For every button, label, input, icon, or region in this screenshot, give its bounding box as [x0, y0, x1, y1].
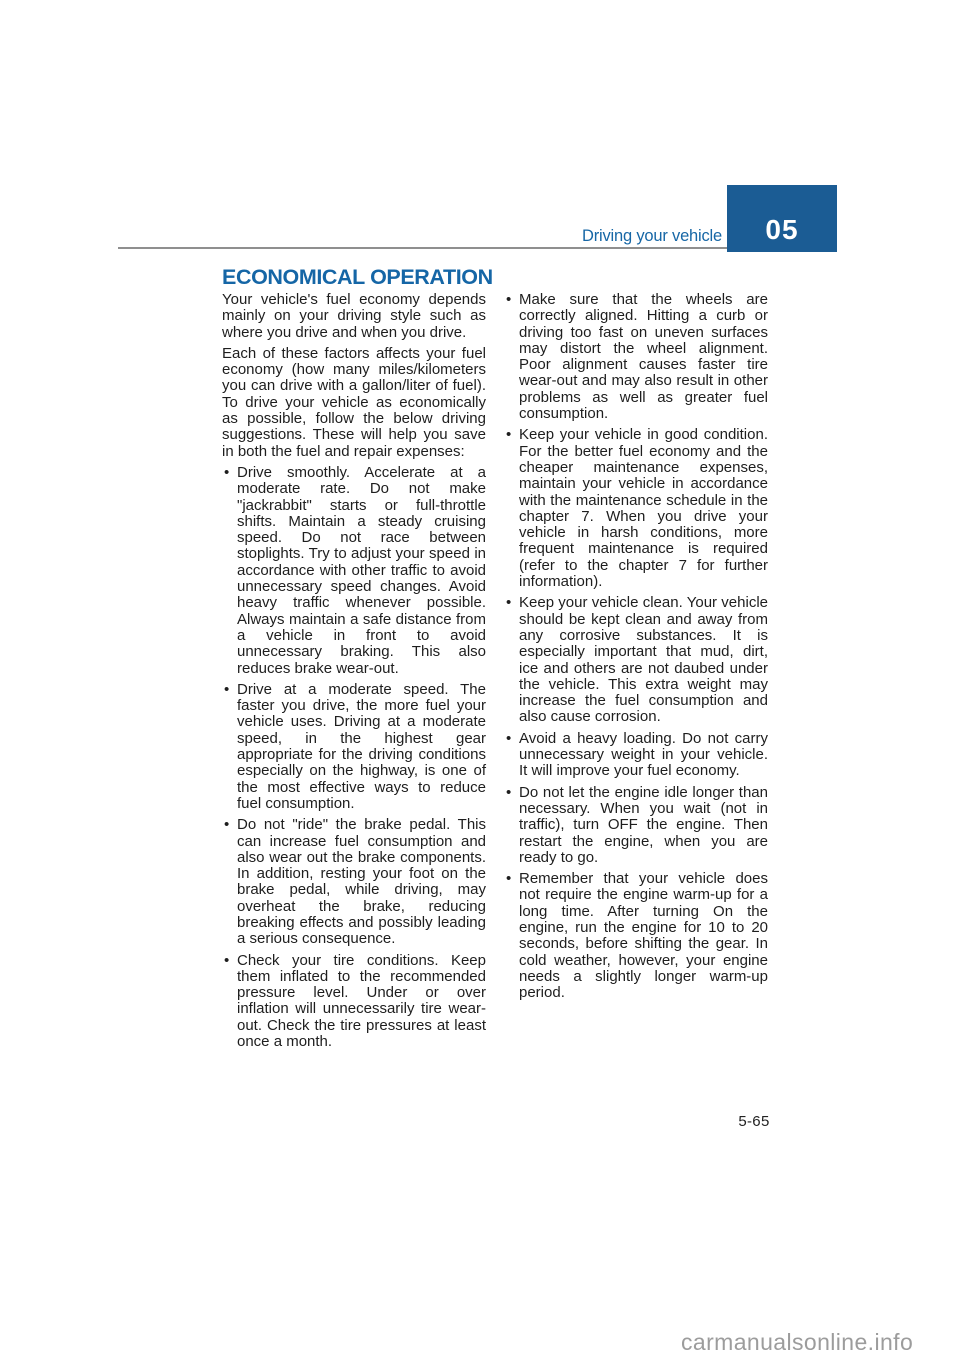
chapter-number: 05	[765, 214, 798, 246]
content-columns: Your vehicle's fuel economy depends main…	[222, 292, 768, 1055]
tip-item: Drive at a moderate speed. The faster yo…	[222, 682, 486, 812]
tips-list-left: Drive smoothly. Accelerate at a moderate…	[222, 465, 486, 1050]
tip-item: Keep your vehicle clean. Your vehicle sh…	[504, 595, 768, 725]
chapter-number-badge: 05	[727, 185, 837, 252]
section-title: ECONOMICAL OPERATION	[222, 265, 493, 290]
intro-paragraph-1: Your vehicle's fuel economy depends main…	[222, 292, 486, 341]
tips-list-right: Make sure that the wheels are correctly …	[504, 292, 768, 1001]
page-number: 5-65	[722, 1113, 786, 1130]
watermark: carmanualsonline.info	[681, 1329, 913, 1356]
intro-paragraph-2: Each of these factors affects your fuel …	[222, 346, 486, 460]
tip-item: Drive smoothly. Accelerate at a moderate…	[222, 465, 486, 677]
tip-item: Remember that your vehicle does not requ…	[504, 871, 768, 1001]
tip-item: Do not "ride" the brake pedal. This can …	[222, 817, 486, 947]
tip-item: Avoid a heavy loading. Do not carry unne…	[504, 731, 768, 780]
left-column: Your vehicle's fuel economy depends main…	[222, 292, 486, 1055]
tip-item: Check your tire conditions. Keep them in…	[222, 953, 486, 1051]
manual-page: Driving your vehicle 05 ECONOMICAL OPERA…	[0, 0, 960, 1358]
tip-item: Make sure that the wheels are correctly …	[504, 292, 768, 422]
right-column: Make sure that the wheels are correctly …	[504, 292, 768, 1055]
tip-item: Keep your vehicle in good condition. For…	[504, 427, 768, 590]
chapter-label: Driving your vehicle	[118, 227, 722, 246]
tip-item: Do not let the engine idle longer than n…	[504, 785, 768, 866]
header-rule	[118, 247, 727, 249]
